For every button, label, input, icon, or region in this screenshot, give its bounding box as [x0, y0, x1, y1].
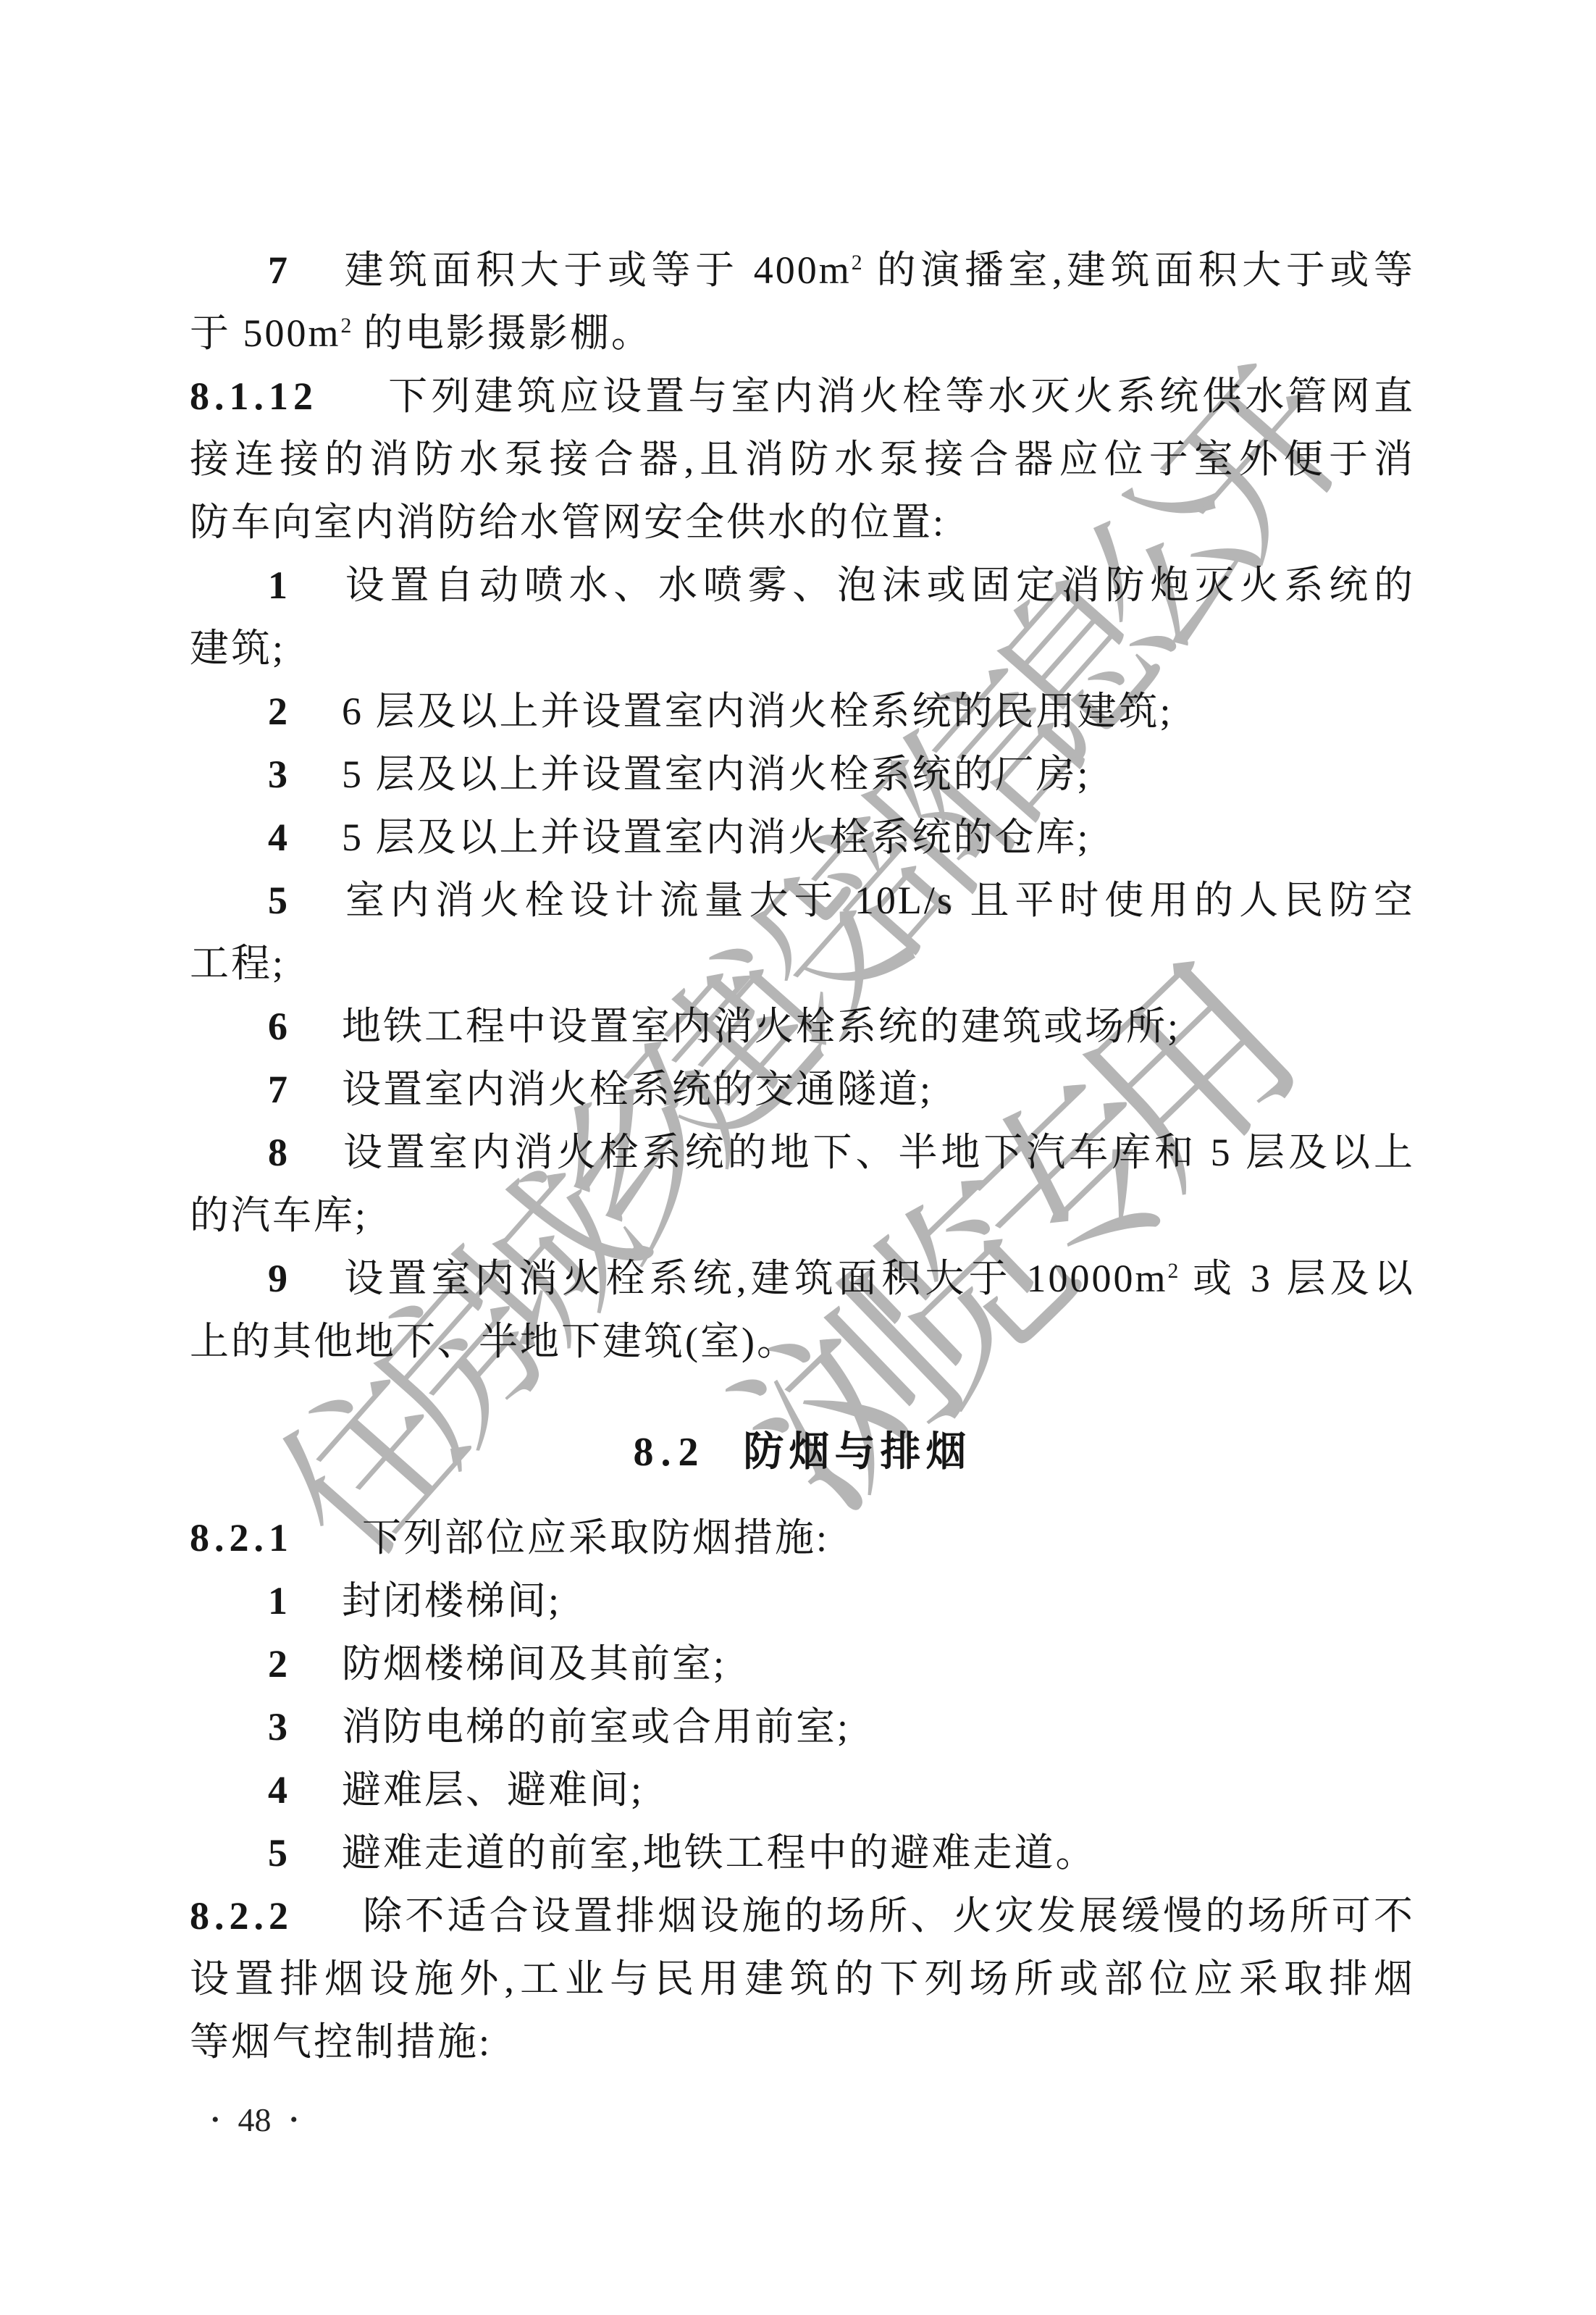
clause-number: 8.2.1 [190, 1516, 293, 1560]
text-run: 上的其他地下、半地下建筑(室)。 [190, 1320, 798, 1363]
clause-number: 8 [268, 1131, 290, 1174]
page-footer: • 48 • [211, 2088, 298, 2151]
text-line: 工程; [190, 932, 1415, 995]
text-line: 的汽车库; [190, 1184, 1415, 1247]
text-line: 1封闭楼梯间; [190, 1570, 1415, 1633]
text-line: 6地铁工程中设置室内消火栓系统的建筑或场所; [190, 995, 1415, 1058]
text-run: 避难层、避难间; [342, 1768, 644, 1812]
document-body: 7建筑面积大于或等于 400m2 的演播室,建筑面积大于或等于 500m2 的电… [190, 239, 1415, 2074]
clause-number: 5 [268, 879, 290, 922]
superscript: 2 [1167, 1260, 1178, 1283]
text-run: 设置室内消火栓系统的地下、半地下汽车库和 5 层及以上 [342, 1131, 1415, 1174]
text-line: 8设置室内消火栓系统的地下、半地下汽车库和 5 层及以上 [190, 1121, 1415, 1184]
clause-number: 4 [268, 1768, 290, 1812]
text-line: 8.1.12下列建筑应设置与室内消火栓等水灭火系统供水管网直 [190, 365, 1415, 428]
text-line: 2防烟楼梯间及其前室; [190, 1633, 1415, 1696]
text-run: 接连接的消防水泵接合器,且消防水泵接合器应位于室外便于消 [190, 438, 1415, 481]
text-line: 8.2.2除不适合设置排烟设施的场所、火灾发展缓慢的场所可不 [190, 1885, 1415, 1948]
text-line: 5室内消火栓设计流量大于 10L/s 且平时使用的人民防空 [190, 869, 1415, 932]
text-run: 的演播室,建筑面积大于或等 [862, 248, 1415, 292]
text-line: 8.2.1下列部位应采取防烟措施: [190, 1507, 1415, 1570]
text-run: 于 500m [190, 311, 341, 355]
text-line: 7建筑面积大于或等于 400m2 的演播室,建筑面积大于或等 [190, 239, 1415, 302]
text-run: 工程; [190, 942, 285, 985]
text-line: 建筑; [190, 617, 1415, 680]
clause-number: 1 [268, 564, 290, 607]
text-run: 设置室内消火栓系统,建筑面积大于 10000m [342, 1257, 1167, 1300]
text-line: 4避难层、避难间; [190, 1759, 1415, 1822]
text-run: 避难走道的前室,地铁工程中的避难走道。 [342, 1831, 1097, 1875]
footer-left-dot-icon: • [211, 2088, 219, 2151]
text-line: 1设置自动喷水、水喷雾、泡沫或固定消防炮灭火系统的 [190, 554, 1415, 617]
text-line: 于 500m2 的电影摄影棚。 [190, 302, 1415, 365]
text-run: 室内消火栓设计流量大于 10L/s 且平时使用的人民防空 [342, 879, 1415, 922]
text-line: 35 层及以上并设置室内消火栓系统的厂房; [190, 743, 1415, 806]
text-line: 上的其他地下、半地下建筑(室)。 [190, 1310, 1415, 1373]
text-run: 5 层及以上并设置室内消火栓系统的厂房; [342, 753, 1091, 796]
text-run: 建筑面积大于或等于 400m [342, 248, 852, 292]
text-line: 防车向室内消防给水管网安全供水的位置: [190, 491, 1415, 554]
heading-number: 8.2 [634, 1430, 706, 1475]
text-run: 建筑; [190, 627, 285, 670]
text-run: 6 层及以上并设置室内消火栓系统的民用建筑; [342, 690, 1173, 733]
text-run: 防车向室内消防给水管网安全供水的位置: [190, 501, 946, 544]
text-line: 45 层及以上并设置室内消火栓系统的仓库; [190, 806, 1415, 869]
clause-number: 8.2.2 [190, 1894, 293, 1938]
clause-number: 2 [268, 690, 290, 733]
text-line: 7设置室内消火栓系统的交通隧道; [190, 1058, 1415, 1121]
text-run: 下列建筑应设置与室内消火栓等水灭火系统供水管网直 [387, 374, 1415, 418]
clause-number: 8.1.12 [190, 374, 318, 418]
text-run: 的汽车库; [190, 1194, 368, 1237]
text-run: 除不适合设置排烟设施的场所、火灾发展缓慢的场所可不 [362, 1894, 1415, 1938]
footer-right-dot-icon: • [290, 2088, 298, 2151]
text-run: 下列部位应采取防烟措施: [362, 1516, 829, 1560]
text-line: 5避难走道的前室,地铁工程中的避难走道。 [190, 1822, 1415, 1885]
text-line: 9设置室内消火栓系统,建筑面积大于 10000m2 或 3 层及以 [190, 1247, 1415, 1310]
text-run: 封闭楼梯间; [342, 1579, 561, 1623]
superscript: 2 [341, 314, 352, 338]
text-run: 设置排烟设施外,工业与民用建筑的下列场所或部位应采取排烟 [190, 1957, 1415, 2001]
text-run: 等烟气控制措施: [190, 2020, 492, 2064]
text-run: 或 3 层及以 [1178, 1257, 1415, 1300]
section-heading: 8.2防烟与排烟 [190, 1420, 1415, 1483]
text-line: 3消防电梯的前室或合用前室; [190, 1696, 1415, 1759]
page-number: 48 [238, 2101, 272, 2139]
text-run: 消防电梯的前室或合用前室; [342, 1705, 850, 1749]
clause-number: 3 [268, 1705, 290, 1749]
clause-number: 5 [268, 1831, 290, 1875]
text-run: 设置室内消火栓系统的交通隧道; [342, 1068, 933, 1111]
text-line: 设置排烟设施外,工业与民用建筑的下列场所或部位应采取排烟 [190, 1948, 1415, 2011]
text-run: 的电影摄影棚。 [351, 311, 652, 355]
text-line: 26 层及以上并设置室内消火栓系统的民用建筑; [190, 680, 1415, 743]
text-run: 5 层及以上并设置室内消火栓系统的仓库; [342, 816, 1091, 859]
clause-number: 7 [268, 1068, 290, 1111]
text-run: 地铁工程中设置室内消火栓系统的建筑或场所; [342, 1005, 1180, 1048]
text-run: 防烟与排烟 [744, 1428, 972, 1474]
clause-number: 6 [268, 1005, 290, 1048]
clause-number: 2 [268, 1642, 290, 1686]
text-run: 防烟楼梯间及其前室; [342, 1642, 726, 1686]
clause-number: 3 [268, 753, 290, 796]
text-line: 接连接的消防水泵接合器,且消防水泵接合器应位于室外便于消 [190, 428, 1415, 491]
clause-number: 9 [268, 1257, 290, 1300]
clause-number: 4 [268, 816, 290, 859]
clause-number: 7 [268, 248, 290, 292]
text-line: 等烟气控制措施: [190, 2011, 1415, 2074]
superscript: 2 [852, 251, 862, 275]
text-run: 设置自动喷水、水喷雾、泡沫或固定消防炮灭火系统的 [342, 564, 1415, 607]
clause-number: 1 [268, 1579, 290, 1623]
